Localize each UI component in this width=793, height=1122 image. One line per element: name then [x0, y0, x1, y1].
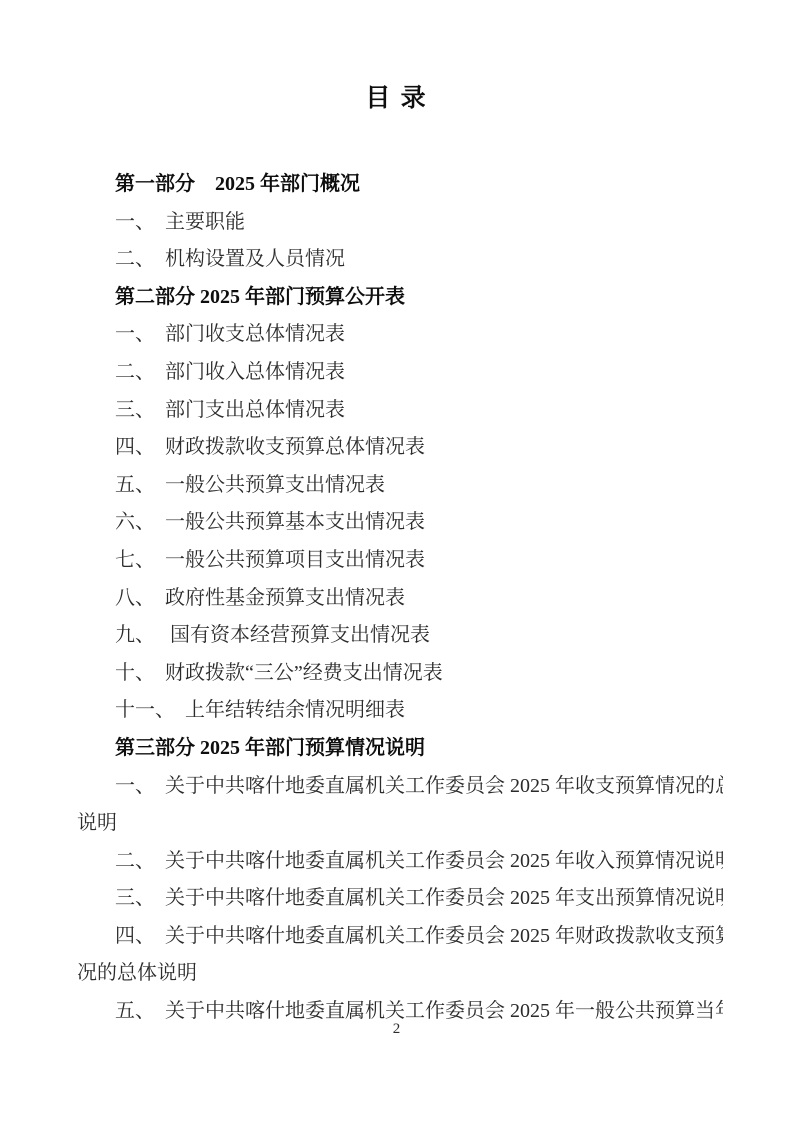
- toc-line-item: 十、 财政拨款“三公”经费支出情况表: [77, 655, 723, 693]
- toc-line-heading: 第二部分 2025 年部门预算公开表: [77, 279, 723, 317]
- toc-lines: 第一部分 2025 年部门概况一、 主要职能二、 机构设置及人员情况第二部分 2…: [77, 166, 723, 1031]
- page-number: 2: [0, 1018, 793, 1040]
- toc-line-item: 三、 部门支出总体情况表: [77, 392, 723, 430]
- toc-line-item: 一、 关于中共喀什地委直属机关工作委员会 2025 年收支预算情况的总体: [77, 768, 723, 806]
- toc-line-cont: 说明: [77, 805, 723, 843]
- toc-line-item: 七、 一般公共预算项目支出情况表: [77, 542, 723, 580]
- toc-line-item: 四、 关于中共喀什地委直属机关工作委员会 2025 年财政拨款收支预算情: [77, 918, 723, 956]
- toc-line-cont: 况的总体说明: [77, 955, 723, 993]
- toc-line-item: 一、 部门收支总体情况表: [77, 316, 723, 354]
- toc-line-heading: 第三部分 2025 年部门预算情况说明: [77, 730, 723, 768]
- toc-line-item: 八、 政府性基金预算支出情况表: [77, 580, 723, 618]
- toc-line-item: 五、 一般公共预算支出情况表: [77, 467, 723, 505]
- toc-line-item: 二、 机构设置及人员情况: [77, 241, 723, 279]
- toc-line-item: 二、 关于中共喀什地委直属机关工作委员会 2025 年收入预算情况说明: [77, 843, 723, 881]
- toc-line-item: 九、 国有资本经营预算支出情况表: [77, 617, 723, 655]
- toc-line-heading: 第一部分 2025 年部门概况: [77, 166, 723, 204]
- toc-line-item: 二、 部门收入总体情况表: [77, 354, 723, 392]
- toc-line-item: 六、 一般公共预算基本支出情况表: [77, 504, 723, 542]
- toc-line-item: 一、 主要职能: [77, 204, 723, 242]
- toc-line-item: 四、 财政拨款收支预算总体情况表: [77, 429, 723, 467]
- document-page: 目 录 第一部分 2025 年部门概况一、 主要职能二、 机构设置及人员情况第二…: [0, 0, 793, 1122]
- toc-line-item: 十一、 上年结转结余情况明细表: [77, 692, 723, 730]
- toc-line-item: 三、 关于中共喀什地委直属机关工作委员会 2025 年支出预算情况说明: [77, 880, 723, 918]
- page-title: 目 录: [0, 78, 793, 114]
